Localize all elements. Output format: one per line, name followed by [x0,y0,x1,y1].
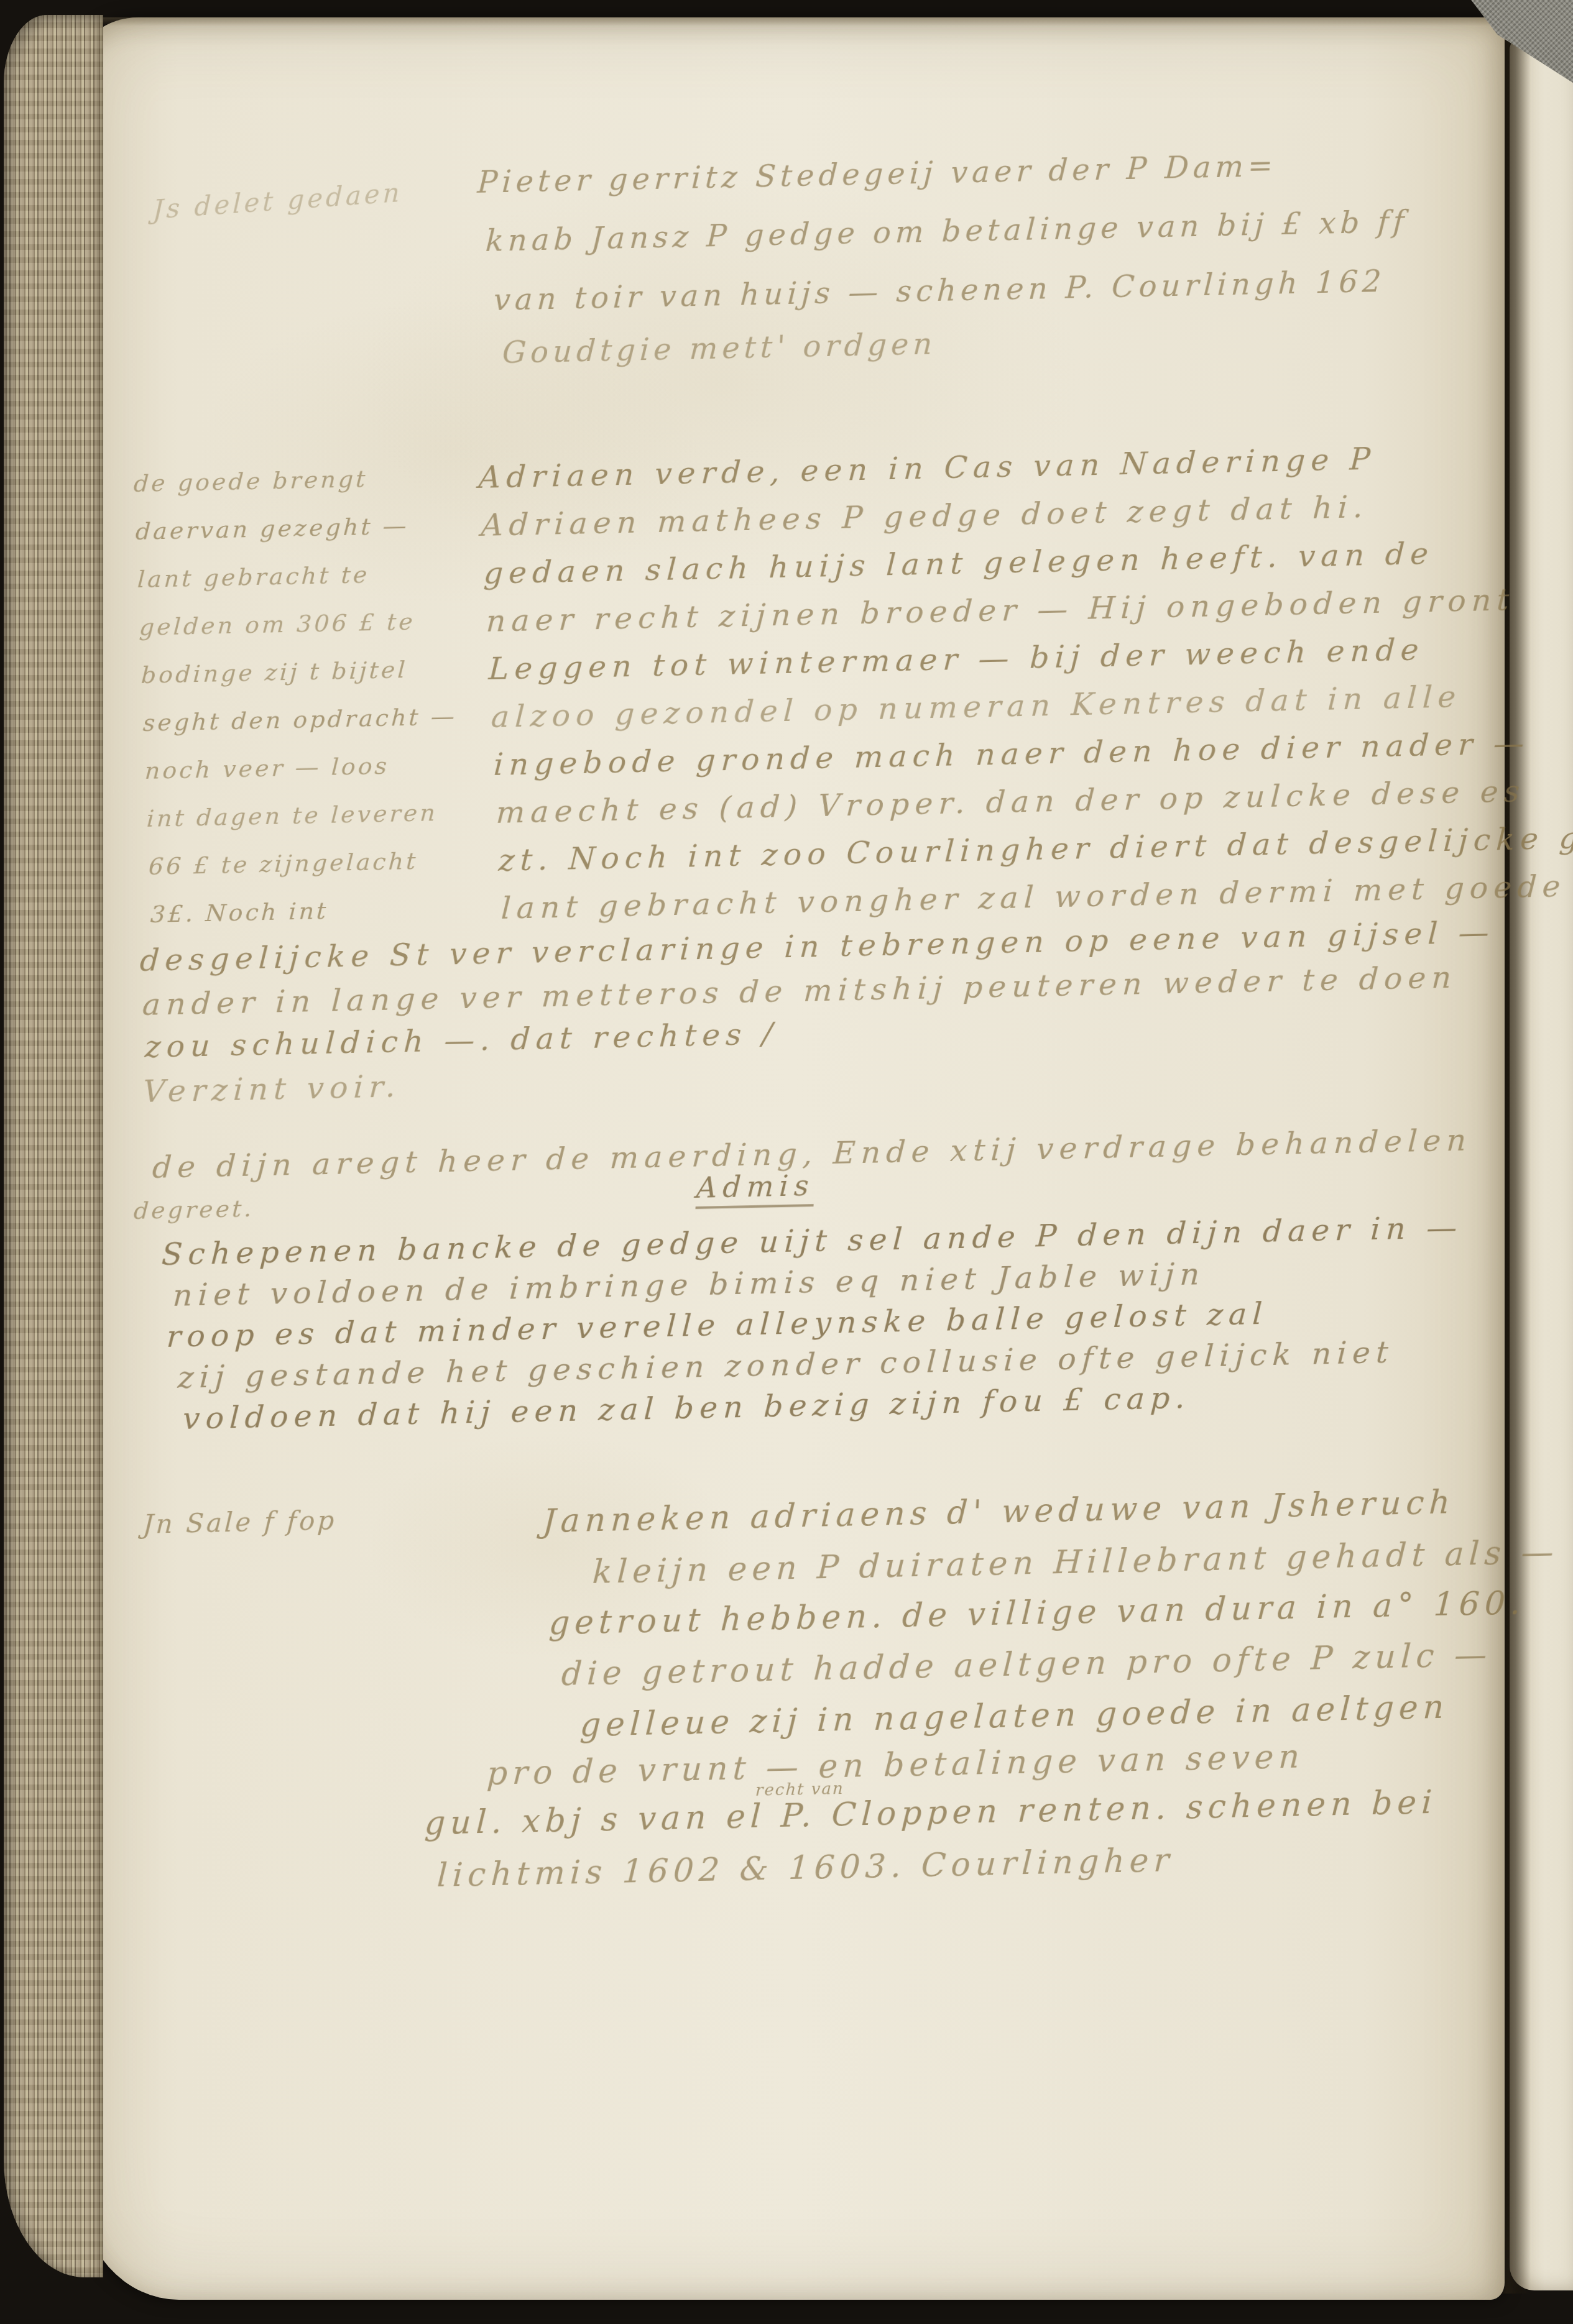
bottom-entry-line: Janneken adriaens d' weduwe van Jsheruch [542,1484,1456,1540]
body-line: gedaen slach huijs lant gelegen heeft. v… [483,536,1435,591]
margin-note-line: bodinge zij t bijtel [141,656,408,689]
body-line: ingebode gronde mach naer den hoe dier n… [493,725,1531,783]
margin-note-line: seght den opdracht — [142,702,458,737]
body-line: alzoo gezondel op numeran Kentres dat in… [491,679,1462,735]
top-entry-line: Goudtgie mett' ordgen [502,326,938,370]
bottom-entry-line: gelleue zij in nagelaten goede in aeltge… [579,1689,1450,1744]
manuscript-page: Js delet gedaen Pieter gerritz Stedegeij… [80,17,1505,2300]
top-entry-line: knab Jansz P gedge om betalinge van bij … [485,204,1409,259]
decree-paragraph-line: Schepenen bancke de gedge uijt sel ande … [161,1210,1464,1272]
full-width-line: Verzint voir. [142,1068,402,1109]
margin-note-line: daervan gezeght — [135,512,410,545]
bottom-entry-line: gul. xbj s van el P. Cloppen renten. sch… [424,1784,1438,1842]
bottom-entry-line: kleijn een P duiraten Hillebrant gehadt … [592,1533,1560,1591]
margin-note-line: 3£. Noch int [150,897,329,928]
header-margin-note: Js delet gedaen [152,177,403,225]
book-fore-edge [4,15,103,2277]
margin-note-line: int dagen te leveren [146,799,438,832]
body-line: Leggen tot wintermaer — bij der weech en… [488,632,1425,687]
body-line: zt. Noch int zoo Courlingher diert dat d… [498,820,1573,878]
bottom-entry-line: lichtmis 1602 & 1603. Courlingher [436,1842,1175,1895]
margin-note-line: de goede brengt [133,465,369,497]
margin-note-line: noch veer — loos [144,752,390,784]
margin-note-line: lant gebracht te [137,561,371,593]
bottom-entry-line: getrout hebben. de villige van dura in a… [548,1584,1526,1642]
page-top-deckle-edge [80,17,1505,26]
body-line: Adriaen mathees P gedge doet zegt dat hi… [481,489,1370,543]
bottom-entry-line: die getrout hadde aeltgen pro ofte P zul… [561,1637,1493,1693]
decree-margin-note: degreet. [133,1195,255,1224]
margin-note-line: 66 £ te zijngelacht [148,847,419,880]
photo-backdrop: Js delet gedaen Pieter gerritz Stedegeij… [0,0,1573,2324]
admis-word: Admis [696,1169,816,1209]
top-entry-line: van toir van huijs — schenen P. Courling… [493,264,1386,318]
margin-note-line: gelden om 306 £ te [139,608,416,641]
full-width-line: zou schuldich —. dat rechtes / [144,1016,779,1065]
body-line: Adriaen verde, een in Cas van Naderinge … [478,441,1377,495]
body-line: maecht es (ad) Vroper. dan der op zulcke… [496,773,1526,830]
bottom-entry-margin-note: Jn Sale f fop [142,1505,338,1540]
top-entry-line: Pieter gerritz Stedegeij vaer der P Dam= [477,149,1278,200]
bottom-entry-line: pro de vrunt — en betalinge van seven [486,1738,1306,1793]
body-line: naer recht zijnen broeder — Hij ongebode… [486,582,1516,639]
